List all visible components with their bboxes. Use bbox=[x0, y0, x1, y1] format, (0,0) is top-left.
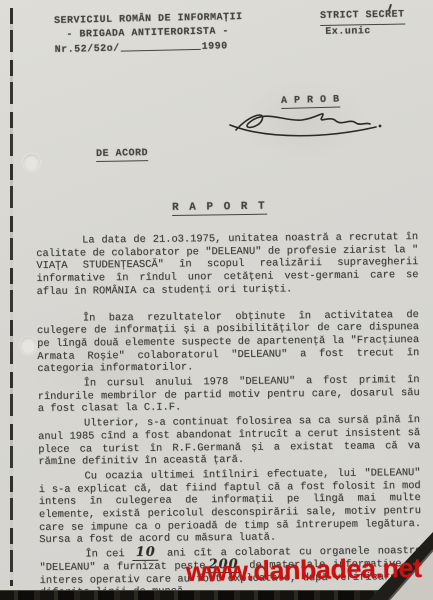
de-acord-stamp: DE ACORD bbox=[96, 148, 148, 162]
classification-stamp: STRICT SECRET Ex.unic bbox=[320, 9, 405, 40]
binding-edge bbox=[10, 8, 13, 586]
report-title: R A P O R T bbox=[172, 201, 267, 216]
unit-stamp: SERVICIUL ROMÂN DE INFORMAȚII - BRIGADA … bbox=[54, 11, 243, 57]
document-number: Nr.52/52o/ bbox=[55, 44, 120, 56]
classification-level: STRICT SECRET bbox=[320, 9, 405, 26]
paragraph-informer-category: În baza rezultatelor obținute în activit… bbox=[37, 309, 420, 377]
document-number-line: Nr.52/52o/1990 bbox=[55, 38, 244, 57]
document-page: SERVICIUL ROMÂN DE INFORMAȚII - BRIGADA … bbox=[0, 0, 433, 600]
watermark: www.danbadea.net bbox=[186, 553, 422, 588]
copy-number: Ex.unic bbox=[320, 25, 405, 40]
approval-signature bbox=[226, 96, 386, 150]
paragraph-abandonment: Ulterior, s-a continuat folosirea sa ca … bbox=[38, 414, 421, 469]
punch-hole-bottom bbox=[20, 337, 37, 354]
de-acord-label: DE ACORD bbox=[96, 148, 148, 162]
paragraph-recruitment: La data de 21.o3.1975, unitatea noastră … bbox=[36, 231, 419, 299]
document-year: 1990 bbox=[202, 41, 228, 53]
handwritten-years: 10 bbox=[133, 545, 159, 561]
paragraph-party-file: În cursul anului 1978 "DELEANU" a fost p… bbox=[37, 374, 419, 416]
blank-fill-line bbox=[121, 39, 201, 52]
punch-hole-top bbox=[23, 154, 40, 171]
